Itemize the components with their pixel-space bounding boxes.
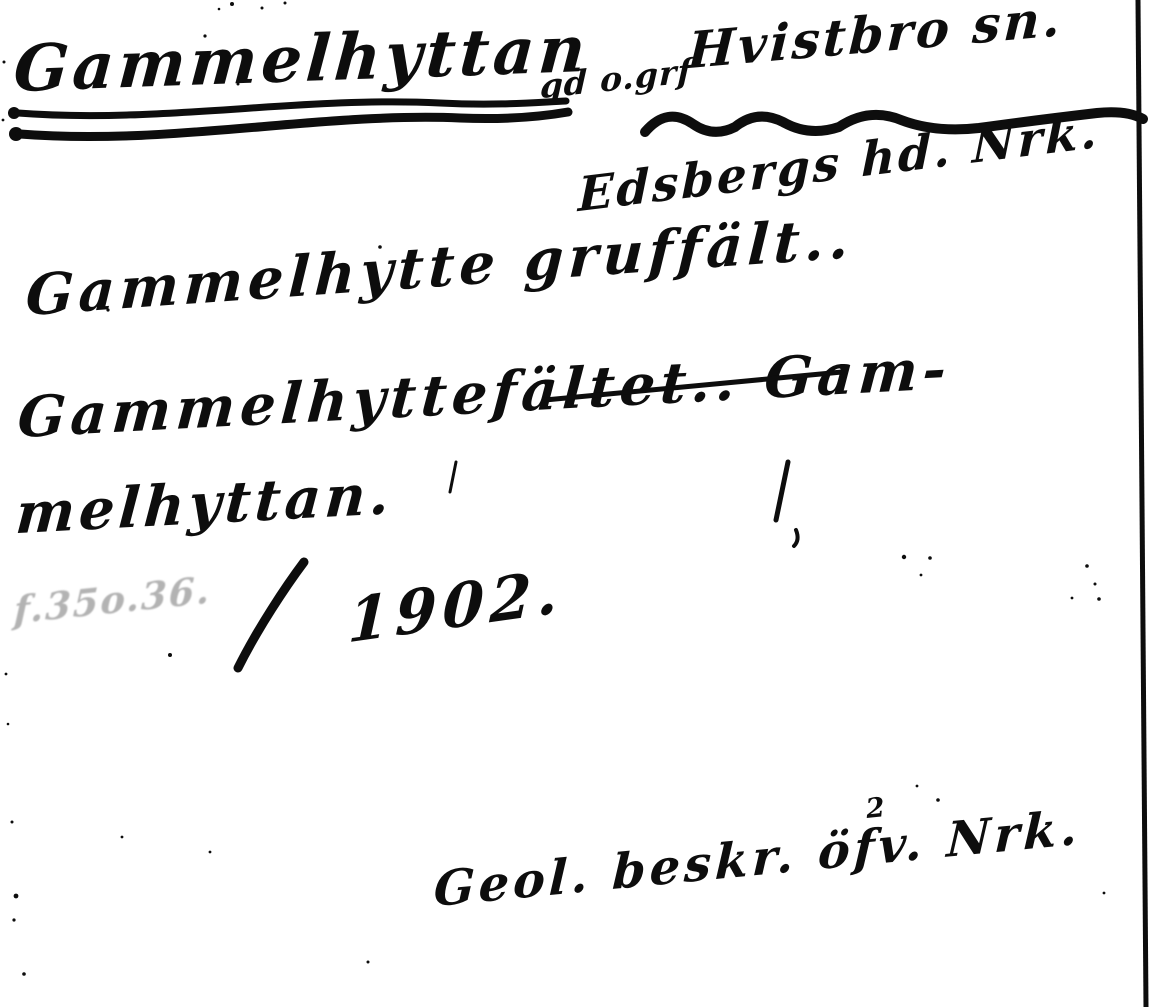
body-line-1: Gammelhytte gruffält.. — [25, 210, 856, 324]
stray-pen-marks — [450, 462, 798, 546]
parish-name: Hvistbro sn. — [687, 0, 1065, 76]
reference-line: Geol. beskr. öfv. Nrk. — [433, 803, 1082, 914]
body-line-3: melhyttan. — [14, 466, 395, 542]
year: 1902. — [347, 561, 565, 652]
body-line-2: Gammelhyttefältet.. Gam- — [16, 341, 953, 446]
district-name: Edsbergs hd. Nrk. — [578, 108, 1101, 220]
margin-note: f.35o.36. — [13, 571, 211, 629]
margin-note-bold-stroke — [238, 562, 304, 668]
name-double-underline — [8, 101, 568, 141]
scan-edge-line — [1138, 0, 1146, 1007]
scanned-card: Gammelhyttan gd o.grf Hvistbro sn. Edsbe… — [0, 0, 1152, 1007]
place-name: Gammelhyttan — [12, 18, 592, 102]
